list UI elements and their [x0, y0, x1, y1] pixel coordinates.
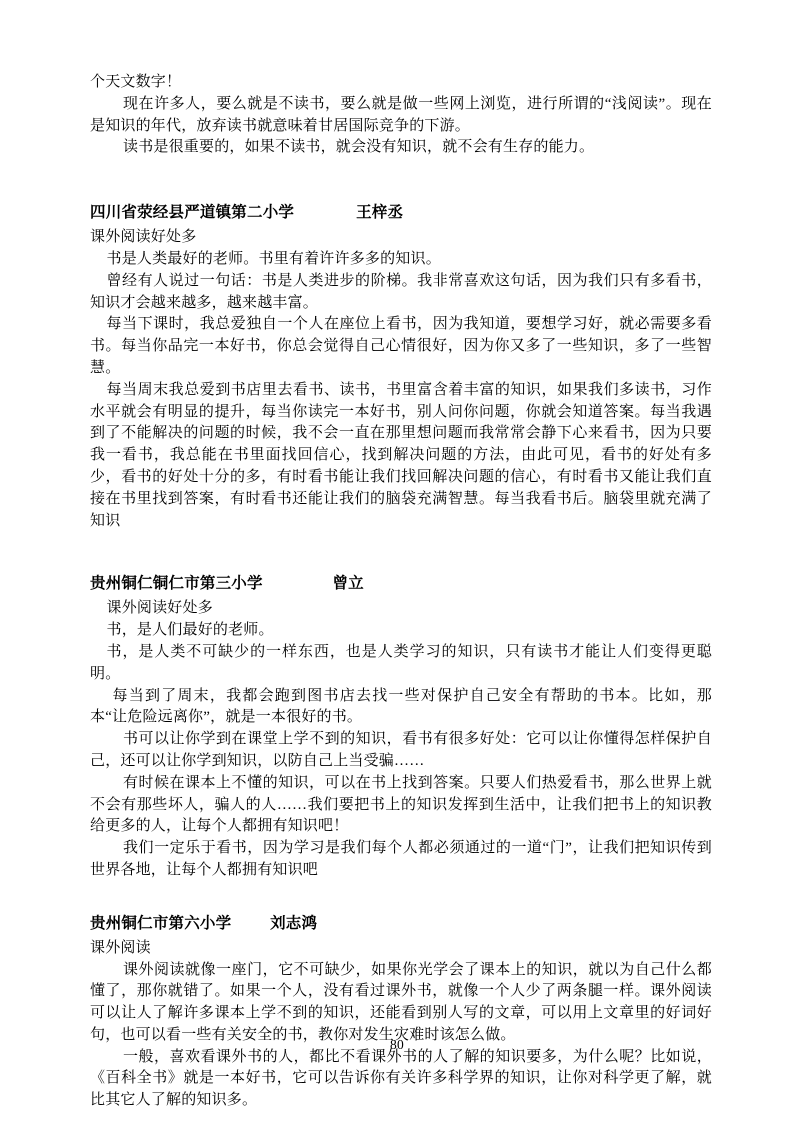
school-name: 四川省荥经县严道镇第二小学 [90, 204, 294, 221]
school-name: 贵州铜仁市第六小学 [90, 915, 231, 932]
intro-section: 个天文数字！ 现在许多人，要么就是不读书，要么就是做一些网上浏览，进行所谓的“浅… [90, 72, 712, 159]
essay-paragraph: 每当下课时，我总爱独自一个人在座位上看书，因为我知道，要想学习好，就必需要多看书… [90, 314, 712, 379]
essay-paragraph: 书可以让你学到在课堂上学不到的知识，看书有很多好处：它可以让你懂得怎样保护自己，… [90, 729, 712, 773]
school-name: 贵州铜仁铜仁市第三小学 [90, 575, 263, 592]
essay-paragraph: 书，是人们最好的老师。 [90, 620, 712, 642]
essay-paragraph: 曾经有人说过一句话：书是人类进步的阶梯。我非常喜欢这句话，因为我们只有多看书，知… [90, 271, 712, 315]
essay-heading: 贵州铜仁市第六小学刘志鸿 [90, 912, 712, 936]
document-page: 个天文数字！ 现在许多人，要么就是不读书，要么就是做一些网上浏览，进行所谓的“浅… [0, 0, 794, 1123]
essay-paragraph: 有时候在课本上不懂的知识，可以在书上找到答案。只要人们热爱看书，那么世界上就不会… [90, 773, 712, 838]
essay-paragraph: 每当周末我总爱到书店里去看书、读书，书里富含着丰富的知识，如果我们多读书，习作水… [90, 380, 712, 533]
essay-paragraph: 书，是人类不可缺少的一样东西，也是人类学习的知识，只有读书才能让人们变得更聪明。 [90, 642, 712, 686]
intro-paragraph: 现在许多人，要么就是不读书，要么就是做一些网上浏览，进行所谓的“浅阅读”。现在是… [90, 94, 712, 138]
essay-title: 课外阅读好处多 [90, 598, 712, 620]
intro-paragraph: 读书是很重要的，如果不读书，就会没有知识，就不会有生存的能力。 [90, 137, 712, 159]
essay-paragraph: 每当到了周末，我都会跑到图书店去找一些对保护自己安全有帮助的书本。比如，那本“让… [90, 686, 712, 730]
essay-title: 课外阅读 [90, 938, 712, 960]
essay-title: 课外阅读好处多 [90, 227, 712, 249]
author-name: 刘志鸿 [270, 915, 317, 932]
essay-paragraph: 书是人类最好的老师。书里有着许许多多的知识。 [90, 249, 712, 271]
essay-paragraph: 课外阅读就像一座门，它不可缺少，如果你光学会了课本上的知识，就以为自己什么都懂了… [90, 960, 712, 1047]
intro-paragraph: 个天文数字！ [90, 72, 712, 94]
essay-paragraph: 一般，喜欢看课外书的人，都比不看课外书的人了解的知识要多，为什么呢？比如说，《百… [90, 1047, 712, 1112]
page-number: 80 [0, 1036, 794, 1054]
author-name: 王梓丞 [356, 204, 403, 221]
essay-section: 贵州铜仁铜仁市第三小学曾立 课外阅读好处多 书，是人们最好的老师。 书，是人类不… [90, 572, 712, 881]
essay-section: 贵州铜仁市第六小学刘志鸿 课外阅读 课外阅读就像一座门，它不可缺少，如果你光学会… [90, 912, 712, 1112]
author-name: 曾立 [332, 575, 363, 592]
essay-section: 四川省荥经县严道镇第二小学王梓丞 课外阅读好处多 书是人类最好的老师。书里有着许… [90, 201, 712, 532]
essay-heading: 四川省荥经县严道镇第二小学王梓丞 [90, 201, 712, 225]
essay-heading: 贵州铜仁铜仁市第三小学曾立 [90, 572, 712, 596]
essay-paragraph: 我们一定乐于看书，因为学习是我们每个人都必须通过的一道“门”，让我们把知识传到世… [90, 838, 712, 882]
